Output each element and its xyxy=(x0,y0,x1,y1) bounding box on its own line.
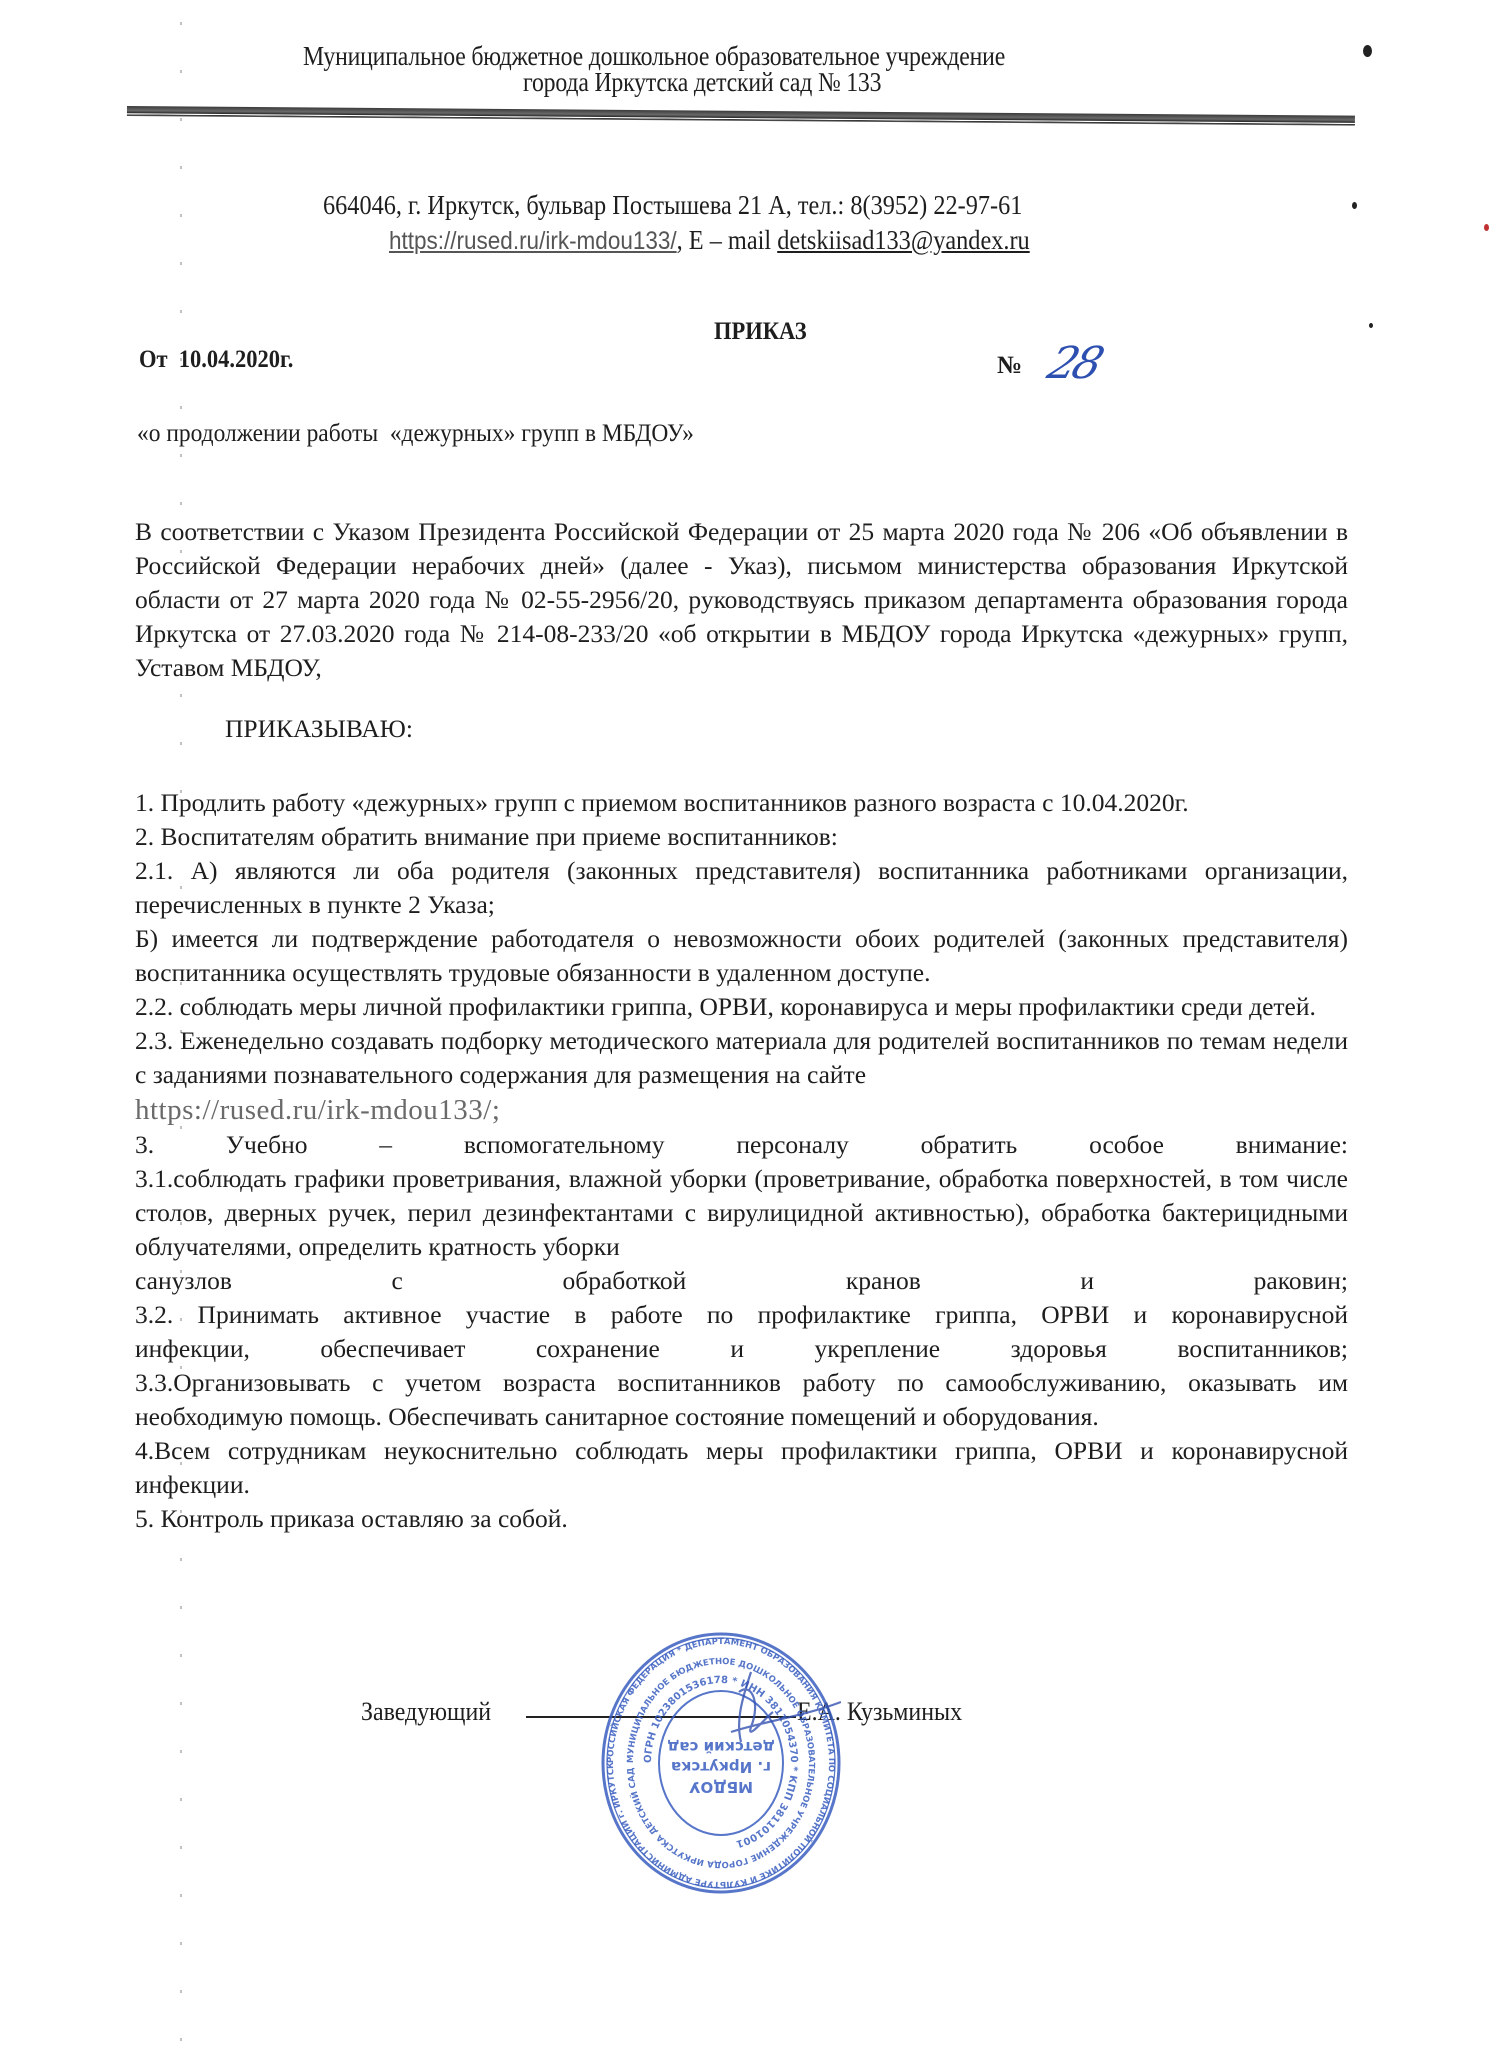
item-3-1-last-line: санузлов с обработкой кранов и раковин; xyxy=(135,1264,1348,1298)
preamble-paragraph: В соответствии с Указом Президента Росси… xyxy=(135,515,1348,685)
signature-position: Заведующий xyxy=(361,1697,491,1727)
item-3: 3. Учебно – вспомогательному персоналу о… xyxy=(135,1128,1348,1162)
item-3-2-last-line: инфекции, обеспечивает сохранение и укре… xyxy=(135,1332,1348,1366)
official-stamp: РОССИЙСКАЯ ФЕДЕРАЦИЯ * ДЕПАРТАМЕНТ ОБРАЗ… xyxy=(601,1632,841,1894)
org-address: 664046, г. Иркутск, бульвар Постышева 21… xyxy=(323,191,1022,219)
scan-speck xyxy=(1369,323,1373,328)
item-3-1: 3.1.соблюдать графики проветривания, вла… xyxy=(135,1162,1348,1264)
item-2-3: 2.3. Еженедельно создавать подборку мето… xyxy=(135,1024,1348,1092)
item-5: 5. Контроль приказа оставляю за собой. xyxy=(135,1502,1348,1536)
item-2-2: 2.2. соблюдать меры личной профилактики … xyxy=(135,990,1348,1024)
contacts-line: https://rused.ru/irk-mdou133/, Е – mail … xyxy=(389,226,1030,255)
item-2-1-b: Б) имеется ли подтверждение работодателя… xyxy=(135,922,1348,990)
item-2-3-url[interactable]: https://rused.ru/irk-mdou133/; xyxy=(135,1092,1348,1128)
stamp-center-line-1: МБДОУ xyxy=(689,1778,753,1796)
order-heading: ПРИКАЗ xyxy=(714,318,807,346)
item-2: 2. Воспитателям обратить внимание при пр… xyxy=(135,820,1348,854)
scan-speck xyxy=(1484,224,1489,231)
org-name-line-2: города Иркутска детский сад № 133 xyxy=(523,68,881,96)
header-rule xyxy=(127,106,1355,126)
order-date: От 10.04.2020г. xyxy=(139,346,293,374)
order-title: «о продолжении работы «дежурных» групп в… xyxy=(137,418,694,448)
org-name-line-1: Муниципальное бюджетное дошкольное образ… xyxy=(303,42,1005,70)
scan-speck xyxy=(1352,202,1357,209)
item-2-1-a: 2.1. А) являются ли оба родителя (законн… xyxy=(135,854,1348,922)
stamp-center-line-2: г. Иркутска xyxy=(671,1758,771,1776)
item-4: 4.Всем сотрудникам неукоснительно соблюд… xyxy=(135,1434,1348,1502)
email-label: , Е – mail xyxy=(677,225,778,255)
order-number-handwritten: 28 xyxy=(1042,338,1107,389)
item-1: 1. Продлить работу «дежурных» групп с пр… xyxy=(135,786,1348,820)
items-block: 1. Продлить работу «дежурных» групп с пр… xyxy=(135,786,1348,1536)
item-3-2: 3.2. Принимать активное участие в работе… xyxy=(135,1298,1348,1332)
scan-speck xyxy=(1363,45,1372,57)
order-word: ПРИКАЗЫВАЮ: xyxy=(225,714,413,744)
email-link[interactable]: detskiisad133@yandex.ru xyxy=(777,225,1030,255)
stamp-center-line-3: детский сад xyxy=(667,1738,774,1756)
preamble-block: В соответствии с Указом Президента Росси… xyxy=(135,515,1348,685)
order-number-label: № xyxy=(997,352,1022,380)
item-3-3: 3.3.Организовывать с учетом возраста вос… xyxy=(135,1366,1348,1434)
website-link[interactable]: https://rused.ru/irk-mdou133/ xyxy=(389,227,677,255)
